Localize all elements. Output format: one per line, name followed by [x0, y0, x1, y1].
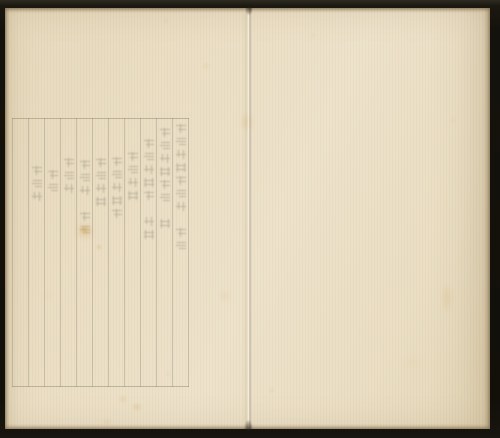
binding-notch-top-icon: [245, 7, 253, 15]
showthrough-table: [12, 118, 189, 387]
binding-notch-bottom-icon: [244, 420, 253, 430]
book-spread-scan: [0, 0, 500, 438]
gutter-fold: [242, 8, 254, 429]
